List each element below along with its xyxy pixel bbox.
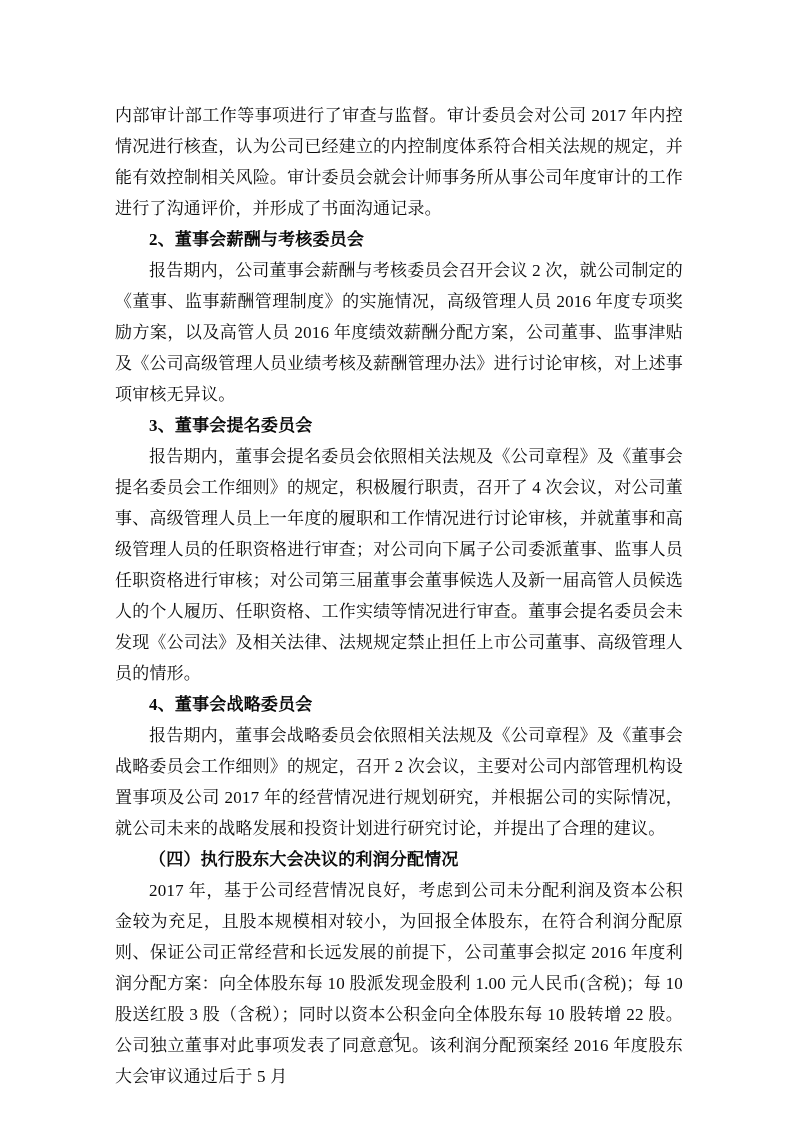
document-page: 内部审计部工作等事项进行了审查与监督。审计委员会对公司 2017 年内控情况进行…	[0, 0, 793, 1122]
paragraph-strategy-committee: 报告期内，董事会战略委员会依照相关法规及《公司章程》及《董事会战略委员会工作细则…	[115, 720, 683, 844]
heading-remuneration-appraisal-committee: 2、董事会薪酬与考核委员会	[115, 224, 683, 255]
heading-profit-distribution: （四）执行股东大会决议的利润分配情况	[115, 844, 683, 875]
heading-nomination-committee: 3、董事会提名委员会	[115, 410, 683, 441]
paragraph-nomination-committee: 报告期内，董事会提名委员会依照相关法规及《公司章程》及《董事会提名委员会工作细则…	[115, 441, 683, 689]
paragraph-audit-committee-continuation: 内部审计部工作等事项进行了审查与监督。审计委员会对公司 2017 年内控情况进行…	[115, 100, 683, 224]
heading-strategy-committee: 4、董事会战略委员会	[115, 689, 683, 720]
paragraph-remuneration-appraisal-committee: 报告期内，公司董事会薪酬与考核委员会召开会议 2 次，就公司制定的《董事、监事薪…	[115, 255, 683, 410]
document-body: 内部审计部工作等事项进行了审查与监督。审计委员会对公司 2017 年内控情况进行…	[115, 100, 683, 1092]
page-number: 4	[0, 1027, 793, 1049]
paragraph-profit-distribution: 2017 年，基于公司经营情况良好，考虑到公司未分配利润及资本公积金较为充足，且…	[115, 875, 683, 1092]
